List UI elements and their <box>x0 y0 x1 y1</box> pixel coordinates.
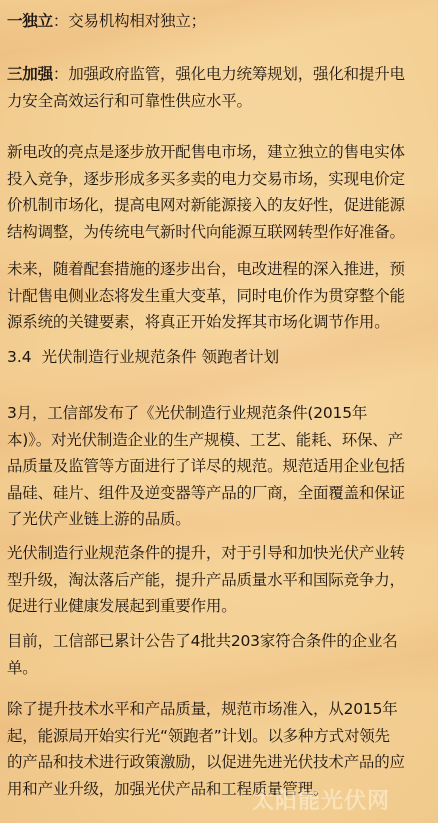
text-line: 晶硅、硅片、组件及逆变器等产品的厂商，全面覆盖和保证 <box>7 480 432 507</box>
text-line: 3月，工信部发布了《光伏制造行业规范条件(2015年 <box>7 400 432 427</box>
paragraph-three-strengthen: 三加强：加强政府监管，强化电力统筹规划，强化和提升电 力安全高效运行和可靠性供应… <box>7 61 432 114</box>
bold-label: 一独立 <box>7 12 53 30</box>
text-line: 新电改的亮点是逐步放开配售电市场，建立独立的售电实体 <box>7 139 432 166</box>
text-line: 起，能源局开始实行光“领跑者”计划。以多种方式对领先 <box>7 723 432 750</box>
document-page: { "paragraphs": { "p1": { "label": "一独立"… <box>0 0 438 823</box>
text-line: 促进行业健康发展起到重要作用。 <box>7 593 432 620</box>
text-line: 未来，随着配套措施的逐步出台，电改进程的深入推进，预 <box>7 256 432 283</box>
text-line: 本)》。对光伏制造企业的生产规模、工艺、能耗、环保、产 <box>7 427 432 454</box>
paragraph-company-list: 目前，工信部已累计公告了4批共203家符合条件的企业名 单。 <box>7 628 432 681</box>
text-line: 目前，工信部已累计公告了4批共203家符合条件的企业名 <box>7 628 432 655</box>
text-line: 光伏制造行业规范条件的提升，对于引导和加快光伏产业转 <box>7 540 432 567</box>
paragraph-reform-highlights: 新电改的亮点是逐步放开配售电市场，建立独立的售电实体 投入竞争，逐步形成多买多卖… <box>7 139 432 245</box>
label-separator: ： <box>53 12 68 30</box>
text-line: 的产品和技术进行政策激励，以促进先进光伏技术产品的应 <box>7 749 432 776</box>
text-line: 价机制市场化，提高电网对新能源接入的友好性，促进能源 <box>7 192 432 219</box>
text-line: 型升级，淘汰落后产能，提升产品质量水平和国际竞争力， <box>7 567 432 594</box>
text-line: 品质量及监管等方面进行了详尽的规范。规范适用企业包括 <box>7 453 432 480</box>
text-line: 力安全高效运行和可靠性供应水平。 <box>7 88 432 115</box>
text-line: 源系统的关键要素，将真正开始发挥其市场化调节作用。 <box>7 309 432 336</box>
section-number: 3.4 <box>7 348 32 366</box>
text-line: 三加强：加强政府监管，强化电力统筹规划，强化和提升电 <box>7 61 432 88</box>
paragraph-one-independent: 一独立：交易机构相对独立； <box>7 8 432 35</box>
text-line: 单。 <box>7 655 432 682</box>
section-title: 光伏制造行业规范条件 领跑者计划 <box>42 348 279 366</box>
text-line: 了光伏产业链上游的品质。 <box>7 506 432 533</box>
paragraph-future-outlook: 未来，随着配套措施的逐步出台，电改进程的深入推进，预 计配售电侧业态将发生重大变… <box>7 256 432 336</box>
paragraph-standards-impact: 光伏制造行业规范条件的提升，对于引导和加快光伏产业转 型升级，淘汰落后产能，提升… <box>7 540 432 620</box>
line-text: 加强政府监管，强化电力统筹规划，强化和提升电 <box>68 65 405 83</box>
text-line: 计配售电侧业态将发生重大变革，同时电价作为贯穿整个能 <box>7 283 432 310</box>
section-heading: 3.4光伏制造行业规范条件 领跑者计划 <box>7 344 279 370</box>
paragraph-pv-standards: 3月，工信部发布了《光伏制造行业规范条件(2015年 本)》。对光伏制造企业的生… <box>7 400 432 533</box>
watermark-logo: 太阳能光伏网 <box>252 784 390 815</box>
label-separator: ： <box>53 65 68 83</box>
bold-label: 三加强 <box>7 65 53 83</box>
text-line: 结构调整，为传统电气新时代向能源互联网转型作好准备。 <box>7 219 432 246</box>
text-line: 除了提升技术水平和产品质量，规范市场准入，从2015年 <box>7 696 432 723</box>
text-line: 投入竞争，逐步形成多买多卖的电力交易市场，实现电价定 <box>7 166 432 193</box>
line-text: 交易机构相对独立； <box>68 12 206 30</box>
text-line: 一独立：交易机构相对独立； <box>7 8 432 35</box>
